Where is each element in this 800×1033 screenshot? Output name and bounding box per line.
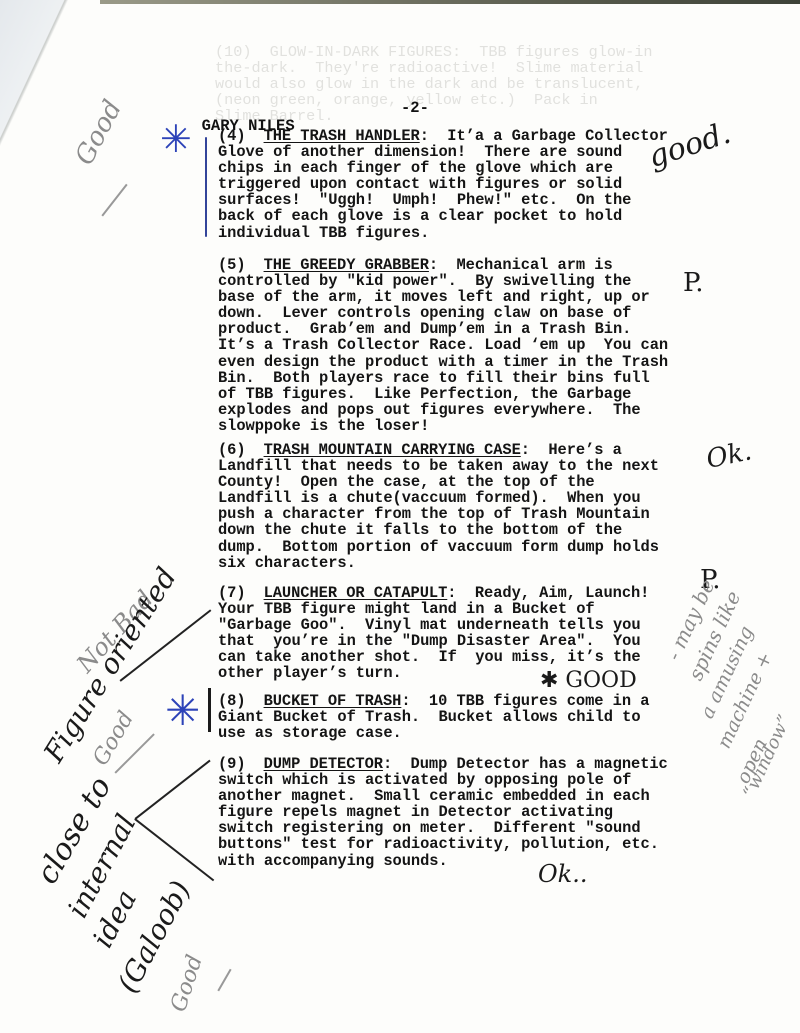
item-text-line: "Garbage Goo". Vinyl mat underneath tell… bbox=[218, 617, 698, 633]
item-text-line: buttons" test for radioactivity, polluti… bbox=[218, 836, 698, 852]
item-text-line: Bin. Both players race to fill their bin… bbox=[218, 370, 698, 386]
item-text-line: with accompanying sounds. bbox=[218, 853, 698, 869]
item-6-trash-mountain: (6)TRASH MOUNTAIN CARRYING CASE: Here’s … bbox=[218, 442, 698, 571]
item-text-line: push a character from the top of Trash M… bbox=[218, 506, 698, 522]
item-5-greedy-grabber: (5)THE GREEDY GRABBER: Mechanical arm is… bbox=[218, 257, 698, 434]
item-text-line: even design the product with a timer in … bbox=[218, 354, 698, 370]
item-text-line: explodes and pops out figures everywhere… bbox=[218, 402, 698, 418]
item-text-line: six characters. bbox=[218, 555, 698, 571]
item-text-line: controlled by "kid power". By swivelling… bbox=[218, 273, 698, 289]
annotation-good-bottom: Good bbox=[166, 952, 208, 1015]
annotation-pointer-line-item-9-b bbox=[135, 818, 215, 881]
item-text-line: use as storage case. bbox=[218, 725, 698, 741]
item-text-line: product. Grab’em and Dump’em in a Trash … bbox=[218, 321, 698, 337]
item-text-line: (4)THE TRASH HANDLER: It’a a Garbage Col… bbox=[218, 128, 698, 144]
item-text-line: Giant Bucket of Trash. Bucket allows chi… bbox=[218, 709, 698, 725]
item-text-line: Landfill is a chute(vaccuum formed). Whe… bbox=[218, 490, 698, 506]
item-text-line: Glove of another dimension! There are so… bbox=[218, 144, 698, 160]
annotation-p-item-5: P. bbox=[683, 268, 704, 298]
item-text-line: (8)BUCKET OF TRASH: 10 TBB figures come … bbox=[218, 693, 698, 709]
item-text-line: can take another shot. If you miss, it’s… bbox=[218, 649, 698, 665]
item-text-line: (9)DUMP DETECTOR: Dump Detector has a ma… bbox=[218, 756, 698, 772]
item-8-bucket-of-trash: (8)BUCKET OF TRASH: 10 TBB figures come … bbox=[218, 693, 698, 741]
item-9-dump-detector: (9)DUMP DETECTOR: Dump Detector has a ma… bbox=[218, 756, 698, 869]
page-number: -2- bbox=[401, 99, 429, 117]
item-text-line: base of the arm, it moves left and right… bbox=[218, 289, 698, 305]
annotation-good-item-8: ✱ GOOD bbox=[540, 668, 637, 693]
item-text-line: Landfill that needs to be taken away to … bbox=[218, 458, 698, 474]
item-text-line: triggered upon contact with figures or s… bbox=[218, 176, 698, 192]
margin-bar-item-8 bbox=[208, 688, 211, 732]
annotation-ok-item-9: Ok.. bbox=[538, 860, 587, 888]
item-text-line: chips in each finger of the glove which … bbox=[218, 160, 698, 176]
item-text-line: dump. Bottom portion of vaccuum form dum… bbox=[218, 539, 698, 555]
item-text-line: slowppoke is the loser! bbox=[218, 418, 698, 434]
item-text-line: (5)THE GREEDY GRABBER: Mechanical arm is bbox=[218, 257, 698, 273]
item-text-line: surfaces! "Uggh! Umph! Phew!" etc. On th… bbox=[218, 192, 698, 208]
item-text-line: County! Open the case, at the top of the bbox=[218, 474, 698, 490]
annotation-pointer-line-item-9-a bbox=[135, 760, 211, 820]
item-text-line: individual TBB figures. bbox=[218, 225, 698, 241]
item-text-line: figure repels magnet in Detector activat… bbox=[218, 804, 698, 820]
item-4-trash-handler: (4)THE TRASH HANDLER: It’a a Garbage Col… bbox=[218, 128, 698, 241]
item-text-line: of TBB figures. Like Perfection, the Gar… bbox=[218, 386, 698, 402]
annotation-good-underline-item-4 bbox=[101, 184, 127, 216]
scan-top-edge bbox=[100, 0, 800, 4]
item-text-line: Your TBB figure might land in a Bucket o… bbox=[218, 601, 698, 617]
star-icon-item-4: ✳ bbox=[160, 120, 192, 158]
item-text-line: switch registering on meter. Different "… bbox=[218, 820, 698, 836]
item-text-line: that you’re in the "Dump Disaster Area".… bbox=[218, 633, 698, 649]
item-text-line: (7)LAUNCHER OR CATAPULT: Ready, Aim, Lau… bbox=[218, 585, 698, 601]
item-text-line: down the chute it falls to the bottom of… bbox=[218, 522, 698, 538]
annotation-good-item-4: Good bbox=[70, 95, 129, 170]
item-text-line: down. Lever controls opening claw on bas… bbox=[218, 305, 698, 321]
item-text-line: another magnet. Small ceramic embedded i… bbox=[218, 788, 698, 804]
margin-bar-item-4 bbox=[205, 137, 207, 237]
annotation-ok-item-6: Ok. bbox=[704, 436, 755, 475]
item-text-line: (6)TRASH MOUNTAIN CARRYING CASE: Here’s … bbox=[218, 442, 698, 458]
star-icon-item-8: ✳ bbox=[165, 690, 200, 732]
item-text-line: It’s a Trash Collector Race. Load ‘em up… bbox=[218, 337, 698, 353]
annotation-good-bottom-stroke bbox=[217, 969, 231, 991]
item-text-line: switch which is activated by opposing po… bbox=[218, 772, 698, 788]
item-text-line: back of each glove is a clear pocket to … bbox=[218, 208, 698, 224]
